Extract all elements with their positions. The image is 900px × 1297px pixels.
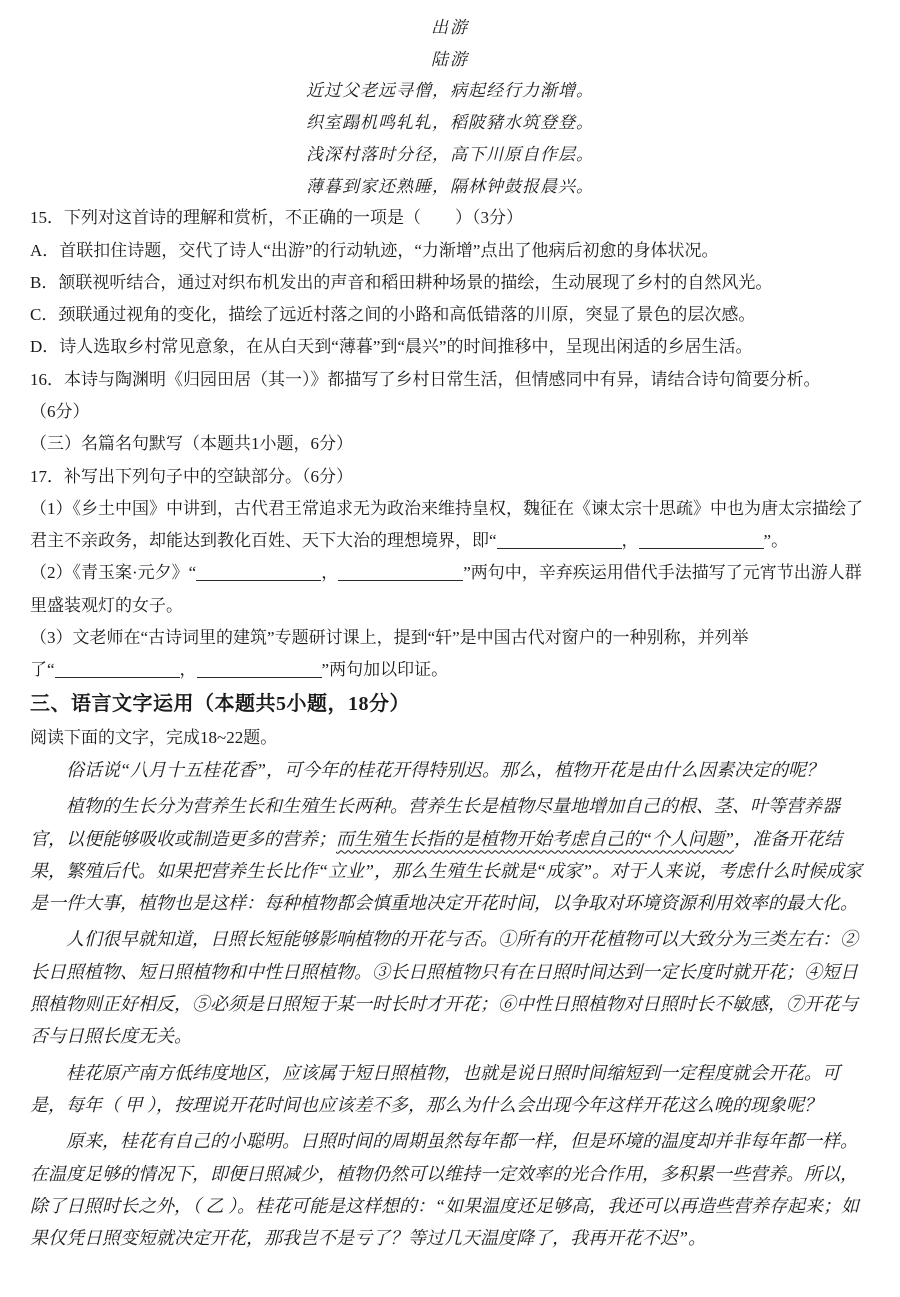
question-17-item-2: （2）《青玉案·元夕》“，”两句中，辛弃疾运用借代手法描写了元宵节出游人群里盛装… bbox=[30, 557, 870, 622]
underlined-clause: 而生殖生长指的是植物开始考虑自己的“个人问题” bbox=[336, 829, 734, 849]
fill-blank bbox=[338, 563, 463, 581]
quote-open: “ bbox=[489, 531, 497, 550]
question-15-option-b: B．颔联视听结合，通过对织布机发出的声音和稻田耕种场景的描绘，生动展现了乡村的自… bbox=[30, 267, 870, 299]
question-17-item-3: （3）文老师在“古诗词里的建筑”专题研讨课上，提到“轩”是中国古代对窗户的一种别… bbox=[30, 622, 870, 687]
poem-line-2: 织室蹋机鸣轧轧，稻陂豬水筑登登。 bbox=[30, 107, 870, 139]
item-2-separator: ， bbox=[321, 563, 338, 582]
fill-blank bbox=[497, 531, 622, 549]
fill-blank bbox=[55, 660, 180, 678]
section-heading-language-use: 三、语言文字运用（本题共5小题，18分） bbox=[30, 687, 870, 722]
exam-page: 出游 陆游 近过父老远寻僧，病起经行力渐增。 织室蹋机鸣轧轧，稻陂豬水筑登登。 … bbox=[0, 0, 900, 1297]
item-1-separator: ， bbox=[622, 531, 639, 550]
fill-blank bbox=[196, 563, 321, 581]
section-heading-mingpian: （三）名篇名句默写（本题共1小题，6分） bbox=[30, 428, 870, 460]
question-15-stem: 15．下列对这首诗的理解和赏析，不正确的一项是（ ）（3分） bbox=[30, 202, 870, 234]
question-15-option-c: C．颈联通过视角的变化，描绘了远近村落之间的小路和高低错落的川原，突显了景色的层… bbox=[30, 299, 870, 331]
passage-paragraph-2: 植物的生长分为营养生长和生殖生长两种。营养生长是植物尽量地增加自己的根、茎、叶等… bbox=[30, 790, 870, 919]
question-16-score: （6分） bbox=[30, 396, 870, 428]
poem-line-1: 近过父老远寻僧，病起经行力渐增。 bbox=[30, 75, 870, 107]
poem-author: 陆游 bbox=[30, 44, 870, 76]
poem-line-3: 浅深村落时分径，高下川原自作层。 bbox=[30, 139, 870, 171]
poem-block: 出游 陆游 近过父老远寻僧，病起经行力渐增。 织室蹋机鸣轧轧，稻陂豬水筑登登。 … bbox=[30, 12, 870, 202]
quote-open: “ bbox=[189, 563, 197, 582]
question-17-stem: 17．补写出下列句子中的空缺部分。（6分） bbox=[30, 461, 870, 493]
poem-title: 出游 bbox=[30, 12, 870, 44]
passage-paragraph-1: 俗话说“八月十五桂花香”，可今年的桂花开得特别迟。那么，植物开花是由什么因素决定… bbox=[30, 754, 870, 786]
fill-blank bbox=[639, 531, 764, 549]
question-15-option-a: A．首联扣住诗题，交代了诗人“出游”的行动轨迹，“力渐增”点出了他病后初愈的身体… bbox=[30, 235, 870, 267]
item-1-post: ”。 bbox=[764, 531, 789, 550]
item-3-post: ”两句加以印证。 bbox=[322, 660, 449, 679]
passage-paragraph-4: 桂花原产南方低纬度地区，应该属于短日照植物，也就是说日照时间缩短到一定程度就会开… bbox=[30, 1057, 870, 1122]
passage-paragraph-5: 原来，桂花有自己的小聪明。日照时间的周期虽然每年都一样，但是环境的温度却并非每年… bbox=[30, 1125, 870, 1254]
passage-paragraph-3: 人们很早就知道，日照长短能够影响植物的开花与否。①所有的开花植物可以大致分为三类… bbox=[30, 923, 870, 1052]
item-3-separator: ， bbox=[180, 660, 197, 679]
fill-blank bbox=[197, 660, 322, 678]
item-2-text: （2）《青玉案·元夕》 bbox=[30, 563, 189, 582]
question-17-item-1: （1）《乡土中国》中讲到，古代君王常追求无为政治来维持皇权，魏征在《谏太宗十思疏… bbox=[30, 493, 870, 558]
poem-line-4: 薄暮到家还熟睡，隔林钟鼓报晨兴。 bbox=[30, 171, 870, 203]
question-15-option-d: D．诗人选取乡村常见意象，在从白天到“薄暮”到“晨兴”的时间推移中，呈现出闲适的… bbox=[30, 331, 870, 363]
question-16-text: 16．本诗与陶渊明《归园田居（其一）》都描写了乡村日常生活，但情感同中有异，请结… bbox=[30, 364, 870, 396]
passage-block: 俗话说“八月十五桂花香”，可今年的桂花开得特别迟。那么，植物开花是由什么因素决定… bbox=[30, 754, 870, 1254]
passage-intro: 阅读下面的文字，完成18~22题。 bbox=[30, 722, 870, 754]
quote-open: “ bbox=[47, 660, 55, 679]
